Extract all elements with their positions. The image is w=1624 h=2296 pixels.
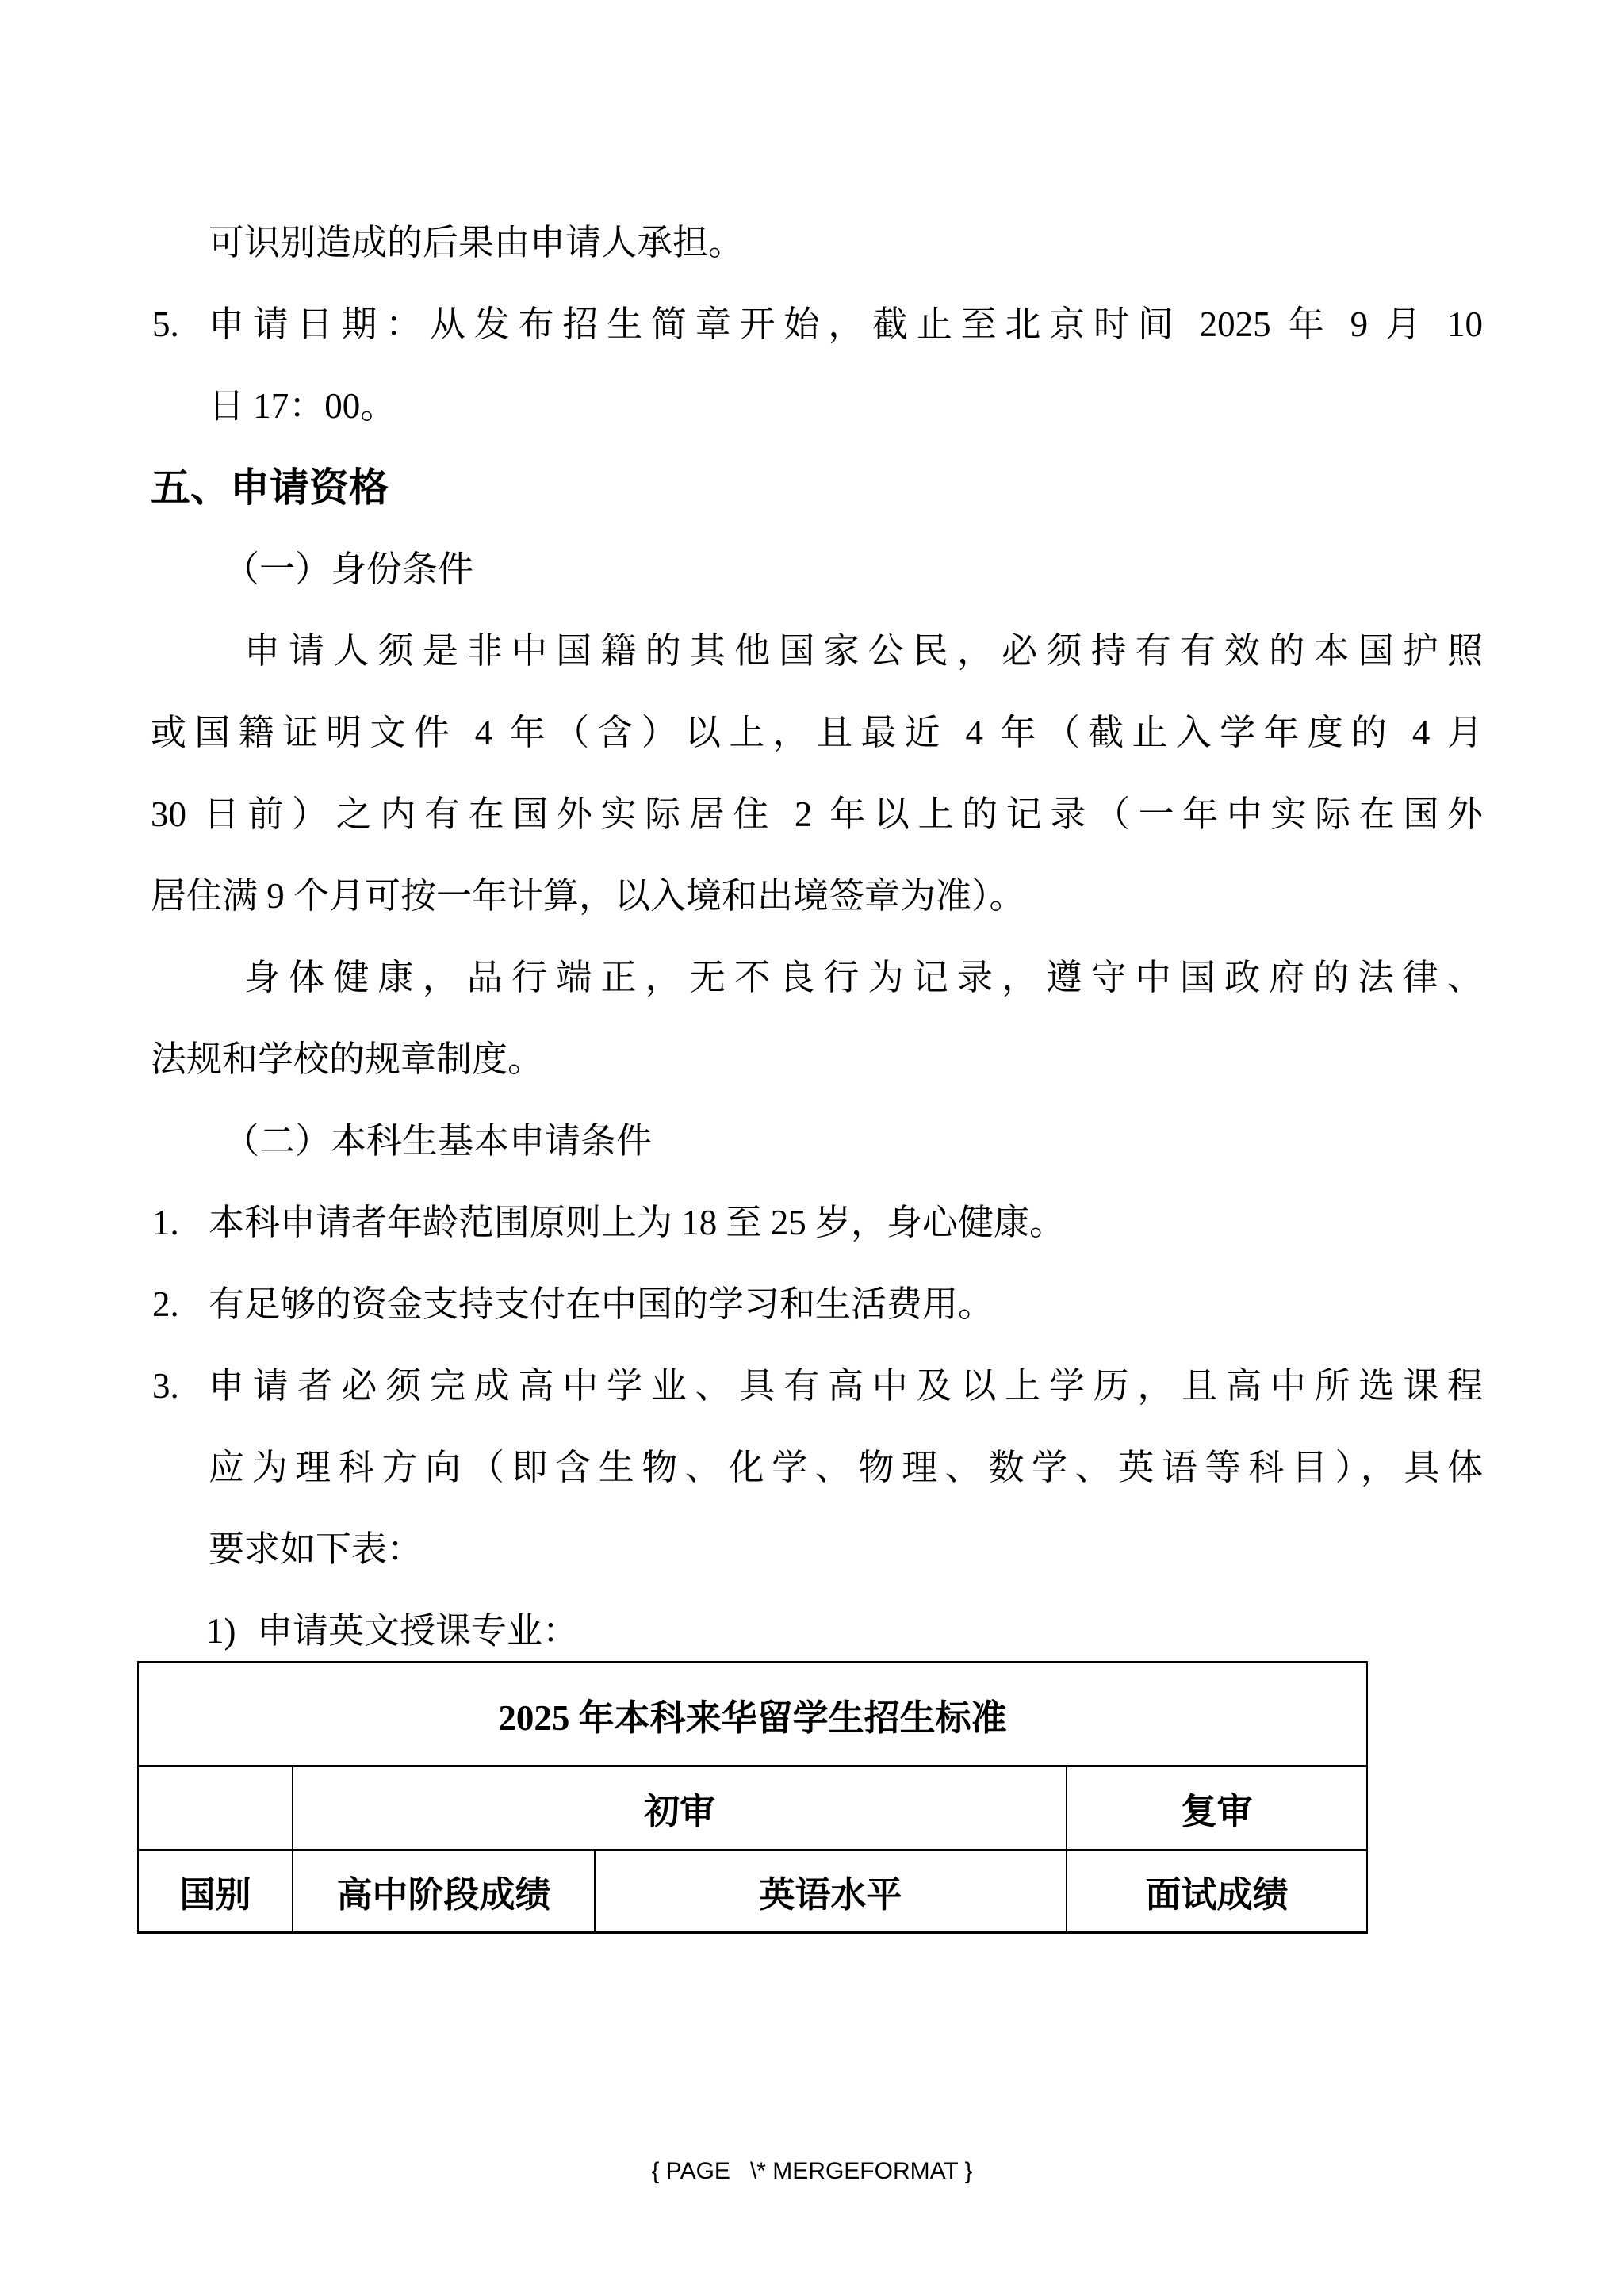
table-header-english-level: 英语水平	[595, 1850, 1067, 1933]
list-item-text: 申请日期：从发布招生简章开始，截止至北京时间 2025 年 9 月 10	[209, 284, 1483, 365]
list-item-3: 3. 申请者必须完成高中学业、具有高中及以上学历，且高中所选课程	[151, 1345, 1483, 1427]
table-title-cell: 2025 年本科来华留学生招生标准	[138, 1663, 1367, 1766]
paragraph-line: 申请人须是非中国籍的其他国家公民，必须持有有效的本国护照	[151, 610, 1483, 692]
list-item-text: 有足够的资金支持支付在中国的学习和生活费用。	[209, 1264, 1483, 1345]
list-item-3-continuation: 要求如下表：	[209, 1509, 1483, 1590]
section-heading-5: 五、申请资格	[151, 447, 1483, 529]
document-page: 可识别造成的后果由申请人承担。 5. 申请日期：从发布招生简章开始，截止至北京时…	[0, 0, 1624, 2296]
list-item-text: 申请英文授课专业：	[257, 1590, 1483, 1672]
list-item-text: 本科申请者年龄范围原则上为 18 至 25 岁，身心健康。	[209, 1182, 1483, 1264]
paragraph-line: 30 日前）之内有在国外实际居住 2 年以上的记录（一年中实际在国外	[151, 774, 1483, 855]
page-footer-field-code: { PAGE \* MERGEFORMAT }	[0, 2158, 1624, 2185]
table-header-interview-score: 面试成绩	[1067, 1850, 1367, 1933]
table-empty-cell	[138, 1766, 293, 1850]
table-second-review-cell: 复审	[1067, 1766, 1367, 1850]
list-number: 2.	[152, 1264, 179, 1345]
list-item-text: 申请者必须完成高中学业、具有高中及以上学历，且高中所选课程	[209, 1345, 1483, 1427]
table-first-review-cell: 初审	[293, 1766, 1067, 1850]
subsection-heading-identity: （一）身份条件	[151, 529, 1483, 610]
sublist-item-1: 1) 申请英文授课专业：	[151, 1590, 1483, 1672]
table-review-round-row: 初审 复审	[138, 1766, 1367, 1850]
list-item-3-continuation: 应为理科方向（即含生物、化学、物理、数学、英语等科目），具体	[209, 1427, 1483, 1509]
table-header-country: 国别	[138, 1850, 293, 1933]
table-title-row: 2025 年本科来华留学生招生标准	[138, 1663, 1367, 1766]
list-number: 1)	[206, 1590, 236, 1672]
list-item-5: 5. 申请日期：从发布招生简章开始，截止至北京时间 2025 年 9 月 10	[151, 284, 1483, 365]
paragraph-line: 居住满 9 个月可按一年计算，以入境和出境签章为准）。	[151, 855, 1483, 937]
paragraph-line: 法规和学校的规章制度。	[151, 1019, 1483, 1100]
list-item-5-continuation: 日 17：00。	[209, 365, 1483, 447]
list-number: 1.	[152, 1182, 179, 1264]
paragraph-line: 身体健康，品行端正，无不良行为记录，遵守中国政府的法律、	[151, 937, 1483, 1019]
document-body: 可识别造成的后果由申请人承担。 5. 申请日期：从发布招生简章开始，截止至北京时…	[151, 202, 1483, 1934]
list-item-1: 1. 本科申请者年龄范围原则上为 18 至 25 岁，身心健康。	[151, 1182, 1483, 1264]
table-header-highschool-grades: 高中阶段成绩	[293, 1850, 595, 1933]
list-number: 5.	[152, 284, 179, 365]
paragraph-line: 或国籍证明文件 4 年（含）以上，且最近 4 年（截止入学年度的 4 月	[151, 692, 1483, 774]
subsection-heading-undergrad-conditions: （二）本科生基本申请条件	[151, 1100, 1483, 1182]
list-number: 3.	[152, 1345, 179, 1427]
admission-standards-table: 2025 年本科来华留学生招生标准 初审 复审 国别 高中阶段成绩 英语水平 面…	[137, 1661, 1368, 1934]
list-item-2: 2. 有足够的资金支持支付在中国的学习和生活费用。	[151, 1264, 1483, 1345]
paragraph-continuation-line: 可识别造成的后果由申请人承担。	[209, 202, 1483, 284]
table-header-row: 国别 高中阶段成绩 英语水平 面试成绩	[138, 1850, 1367, 1933]
